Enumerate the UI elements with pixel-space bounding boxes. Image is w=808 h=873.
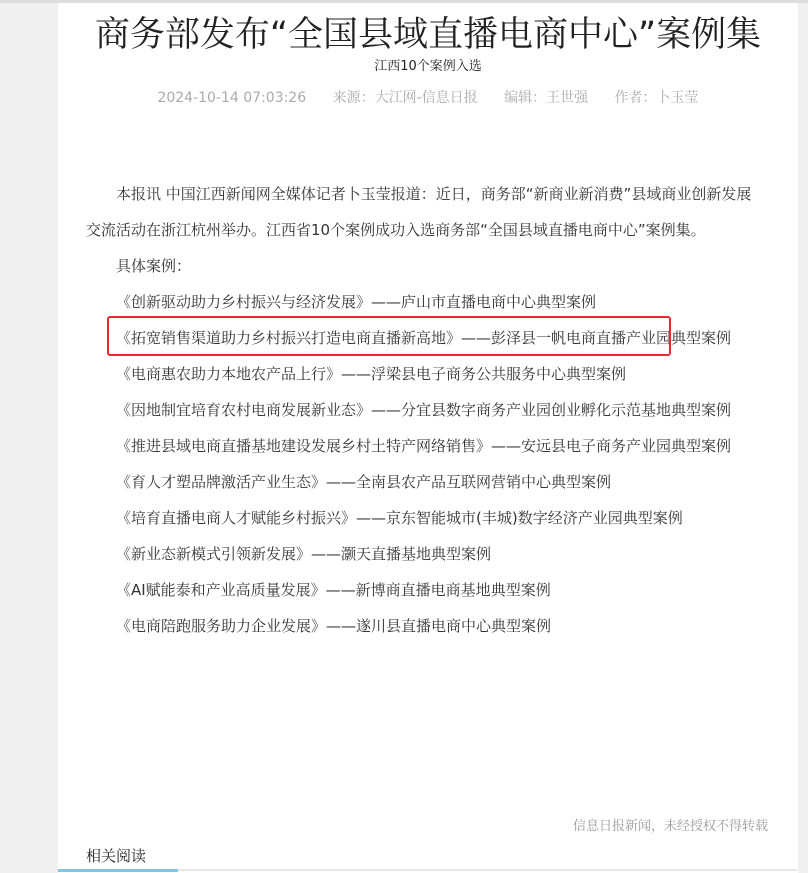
article-meta: 2024-10-14 07:03:26 来源：大江网-信息日报 编辑：王世强 作… — [58, 88, 798, 108]
case-item: 《电商惠农助力本地农产品上行》——浮梁县电子商务公共服务中心典型案例 — [86, 356, 766, 392]
copyright-notice: 信息日报新闻，未经授权不得转载 — [573, 818, 768, 836]
article-source: 来源：大江网-信息日报 — [333, 90, 478, 106]
lead-paragraph: 本报讯 中国江西新闻网全媒体记者卜玉莹报道：近日，商务部“新商业新消费”县域商业… — [86, 176, 766, 248]
case-item: 《推进县域电商直播基地建设发展乡村土特产网络销售》——安远县电子商务产业园典型案… — [86, 428, 766, 464]
case-item: 《因地制宜培育农村电商发展新业态》——分宜县数字商务产业园创业孵化示范基地典型案… — [86, 392, 766, 428]
related-tab-underline — [58, 869, 178, 872]
case-item: 《新业态新模式引领新发展》——灏天直播基地典型案例 — [86, 536, 766, 572]
article-body: 本报讯 中国江西新闻网全媒体记者卜玉莹报道：近日，商务部“新商业新消费”县域商业… — [86, 176, 766, 644]
cases-heading: 具体案例： — [86, 248, 766, 284]
article-editor: 编辑：王世强 — [504, 90, 588, 106]
highlight-annotation-box — [107, 316, 671, 356]
article-author: 作者：卜玉莹 — [615, 90, 699, 106]
case-item: 《培育直播电商人才赋能乡村振兴》——京东智能城市(丰城)数字经济产业园典型案例 — [86, 500, 766, 536]
article-title: 商务部发布“全国县域直播电商中心”案例集 — [58, 13, 798, 57]
tab-related-reading[interactable]: 相关阅读 — [86, 846, 146, 866]
case-item: 《创新驱动助力乡村振兴与经济发展》——庐山市直播电商中心典型案例 — [86, 284, 766, 320]
article-subtitle: 江西10个案例入选 — [58, 58, 798, 76]
case-item: 《育人才塑品牌激活产业生态》——全南县农产品互联网营销中心典型案例 — [86, 464, 766, 500]
case-item: 《电商陪跑服务助力企业发展》——遂川县直播电商中心典型案例 — [86, 608, 766, 644]
case-item: 《AI赋能泰和产业高质量发展》——新博商直播电商基地典型案例 — [86, 572, 766, 608]
article-page: 商务部发布“全国县域直播电商中心”案例集 江西10个案例入选 2024-10-1… — [58, 3, 798, 873]
publish-datetime: 2024-10-14 07:03:26 — [157, 90, 306, 106]
